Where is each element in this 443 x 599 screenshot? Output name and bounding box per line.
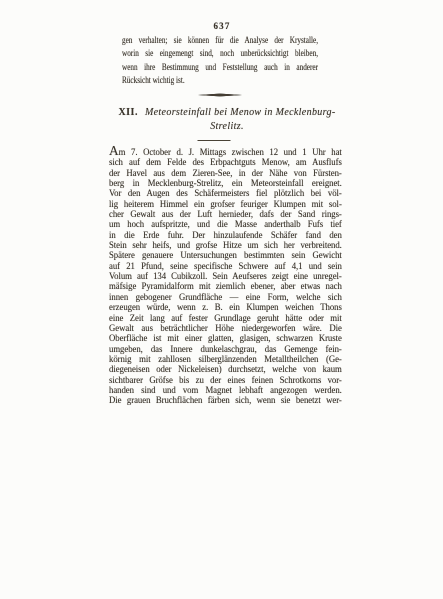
enlarged-initial: A bbox=[109, 143, 119, 158]
article-heading-line1: XII.Meteorsteinfall bei Menow in Mecklen… bbox=[112, 106, 342, 120]
text-line: sich auf dem Felde des Erbpachtguts Meno… bbox=[109, 157, 342, 167]
text-line: mäfsige Pyramidalform mit ziemlich ebene… bbox=[109, 281, 342, 291]
text-line: berg in Mecklenburg-Strelitz, ein Meteor… bbox=[109, 178, 342, 188]
text-line: worin sie eingemengt sind, noch unberück… bbox=[122, 47, 318, 60]
article-title-line2: Strelitz. bbox=[112, 120, 342, 134]
article-heading: XII.Meteorsteinfall bei Menow in Mecklen… bbox=[112, 106, 342, 133]
text-line: wenn ihre Bestimmung und Feststellung au… bbox=[122, 61, 318, 74]
article-number: XII. bbox=[118, 107, 138, 118]
text-line: Die grauen Bruchflächen färben sich, wen… bbox=[109, 395, 342, 405]
text-line: lig heiterem Himmel ein grofser feuriger… bbox=[109, 199, 342, 209]
page-number: 637 bbox=[213, 21, 230, 31]
text-line: Volum auf 134 Cubikzoll. Sein Aeufseres … bbox=[109, 271, 342, 281]
text-line: der Havel aus dem Zieren-See, in der Näh… bbox=[109, 168, 342, 178]
text-line: Stein sehr heifs, und grofse Hitze um si… bbox=[109, 240, 342, 250]
text-line: körnig mit zahllosen silberglänzenden Me… bbox=[109, 354, 342, 364]
text-line: umgeben, das Innere dunkelaschgrau, das … bbox=[109, 344, 342, 354]
article-body: Am 7. October d. J. Mittags zwischen 12 … bbox=[109, 146, 342, 406]
intro-paragraph: gen verhalten; sie können für die Analys… bbox=[122, 34, 318, 88]
body-first-line: Am 7. October d. J. Mittags zwischen 12 … bbox=[109, 146, 342, 157]
text-line: Gewalt aus beträchtlicher Höhe niedergew… bbox=[109, 323, 342, 333]
text-line: auf 21 Pfund, seine specifische Schwere … bbox=[109, 261, 342, 271]
scanned-book-page: 637 gen verhalten; sie können für die An… bbox=[0, 0, 443, 599]
text-line: sichtbarer Gröfse bis zu der eines feine… bbox=[109, 375, 342, 385]
text-line: innen gebogener Grundfläche — eine Form,… bbox=[109, 292, 342, 302]
text-line: eine Zeit lang auf fester Grundlage geru… bbox=[109, 313, 342, 323]
text-line: gen verhalten; sie können für die Analys… bbox=[122, 34, 318, 47]
text-line: Vor den Augen des Schäfermeisters fiel p… bbox=[109, 188, 342, 198]
tapered-rule-icon bbox=[198, 93, 242, 97]
heading-rule bbox=[198, 140, 231, 141]
text-line: handen sind und vom Magnet lebhaft angez… bbox=[109, 385, 342, 395]
article-title: Meteorsteinfall bei Menow in Mecklenburg… bbox=[145, 107, 336, 118]
body-lines: sich auf dem Felde des Erbpachtguts Meno… bbox=[109, 157, 342, 405]
text-line: in die Erde fuhr. Der hinzulaufende Schä… bbox=[109, 230, 342, 240]
text-line: cher Gewalt aus der Luft hernieder, dafs… bbox=[109, 209, 342, 219]
body-first-line-text: m 7. October d. J. Mittags zwischen 12 u… bbox=[119, 147, 342, 157]
text-line: Spätere genauere Untersuchungen bestimmt… bbox=[109, 250, 342, 260]
section-divider-ornament bbox=[198, 84, 242, 88]
text-line: Oberfläche ist mit einer glatten, glasig… bbox=[109, 333, 342, 343]
text-line: erzeugen würde, wenn z. B. ein Klumpen w… bbox=[109, 302, 342, 312]
text-line: diegeneisen oder Nickeleisen) durchsetzt… bbox=[109, 364, 342, 374]
text-line: um hoch aufspritzte, und die Masse ander… bbox=[109, 219, 342, 229]
